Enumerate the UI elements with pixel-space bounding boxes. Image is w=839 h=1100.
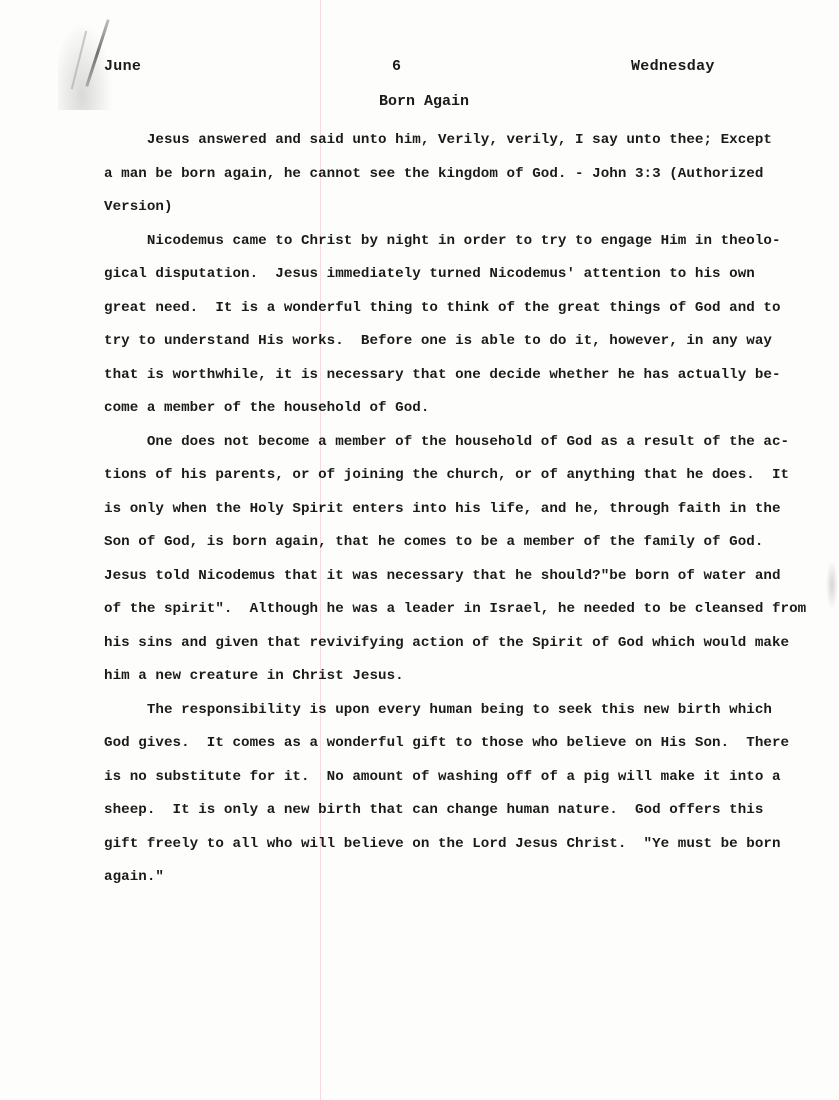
paragraph-nicodemus: Nicodemus came to Christ by night in ord… xyxy=(104,225,784,426)
text-line: Jesus told Nicodemus that it was necessa… xyxy=(104,560,784,594)
document-body: Jesus answered and said unto him, Verily… xyxy=(104,124,784,895)
text-line: gift freely to all who will believe on t… xyxy=(104,828,784,862)
text-line: great need. It is a wonderful thing to t… xyxy=(104,292,784,326)
paragraph-scripture: Jesus answered and said unto him, Verily… xyxy=(104,124,784,225)
text-line: come a member of the household of God. xyxy=(104,392,784,426)
text-line: a man be born again, he cannot see the k… xyxy=(104,158,784,192)
text-line: try to understand His works. Before one … xyxy=(104,325,784,359)
text-line: his sins and given that revivifying acti… xyxy=(104,627,784,661)
text-line: is no substitute for it. No amount of wa… xyxy=(104,761,784,795)
text-line: again." xyxy=(104,861,784,895)
page-title: Born Again xyxy=(379,93,469,110)
text-line: Son of God, is born again, that he comes… xyxy=(104,526,784,560)
text-line: is only when the Holy Spirit enters into… xyxy=(104,493,784,527)
text-line: Jesus answered and said unto him, Verily… xyxy=(104,124,784,158)
text-line: sheep. It is only a new birth that can c… xyxy=(104,794,784,828)
text-line: God gives. It comes as a wonderful gift … xyxy=(104,727,784,761)
typewritten-page: June 6 Wednesday Born Again Jesus answer… xyxy=(0,0,839,1100)
paragraph-household: One does not become a member of the hous… xyxy=(104,426,784,694)
text-line: One does not become a member of the hous… xyxy=(104,426,784,460)
text-line: that is worthwhile, it is necessary that… xyxy=(104,359,784,393)
text-line: Nicodemus came to Christ by night in ord… xyxy=(104,225,784,259)
header-weekday: Wednesday xyxy=(631,58,715,75)
edge-speck xyxy=(826,560,838,610)
text-line: The responsibility is upon every human b… xyxy=(104,694,784,728)
text-line: him a new creature in Christ Jesus. xyxy=(104,660,784,694)
text-line: Version) xyxy=(104,191,784,225)
text-line: gical disputation. Jesus immediately tur… xyxy=(104,258,784,292)
paragraph-responsibility: The responsibility is upon every human b… xyxy=(104,694,784,895)
header-day: 6 xyxy=(392,58,401,75)
text-line: of the spirit". Although he was a leader… xyxy=(104,593,784,627)
header-month: June xyxy=(104,58,141,75)
text-line: tions of his parents, or of joining the … xyxy=(104,459,784,493)
